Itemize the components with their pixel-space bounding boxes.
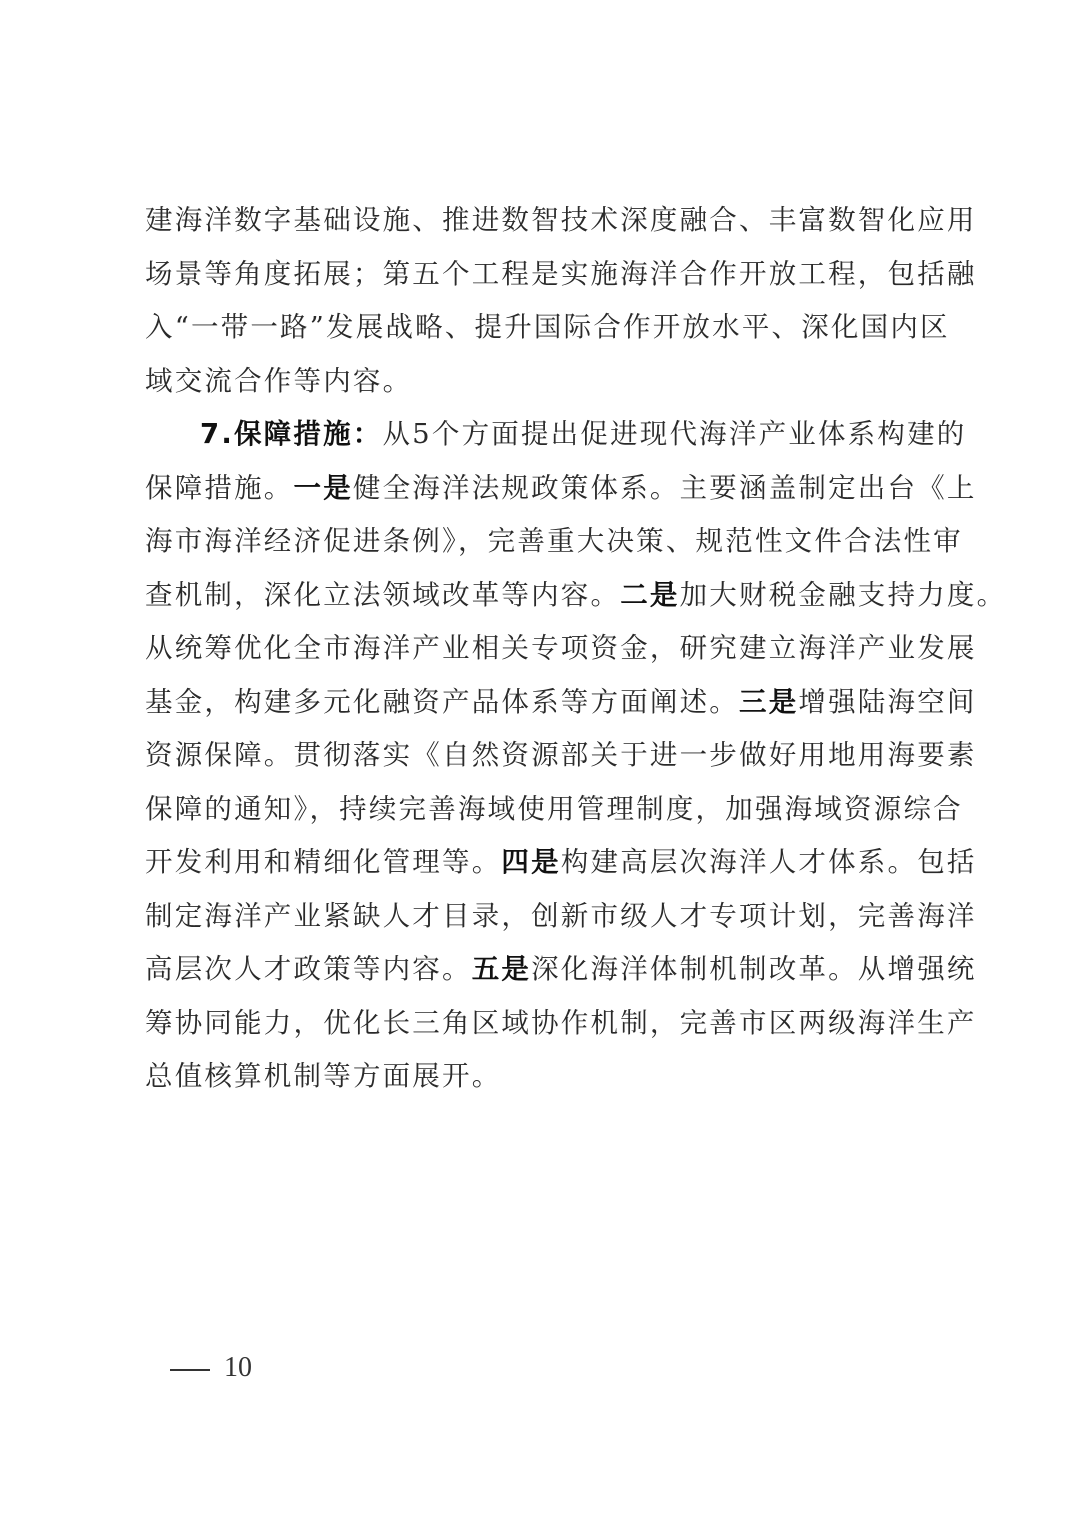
paragraph-line: 入“一带一路”发展战略、提升国际合作开放水平、深化国内区 — [145, 301, 945, 355]
paragraph-line: 域交流合作等内容。 — [145, 355, 945, 409]
paragraph-line: 保障的通知》，持续完善海域使用管理制度，加强海域资源综合 — [145, 783, 945, 837]
dash-decoration — [170, 1369, 210, 1371]
section-heading: 7.保障措施： — [200, 418, 382, 450]
paragraph-line: 查机制，深化立法领域改革等内容。二是加大财税金融支持力度。 — [145, 569, 945, 623]
text: 基金，构建多元化融资产品体系等方面阐述。 — [145, 686, 739, 718]
point-label: 五是 — [472, 953, 531, 985]
text: 加大财税金融支持力度。 — [680, 579, 1007, 611]
point-label: 三是 — [739, 686, 798, 718]
document-body: 建海洋数字基础设施、推进数智技术深度融合、丰富数智化应用 场景等角度拓展；第五个… — [145, 194, 945, 1104]
text: 高层次人才政策等内容。 — [145, 953, 472, 985]
text: 查机制，深化立法领域改革等内容。 — [145, 579, 620, 611]
paragraph-line: 资源保障。贯彻落实《自然资源部关于进一步做好用地用海要素 — [145, 729, 945, 783]
text: 从5个方面提出促进现代海洋产业体系构建的 — [382, 418, 966, 450]
point-label: 一是 — [294, 472, 353, 504]
paragraph-line: 基金，构建多元化融资产品体系等方面阐述。三是增强陆海空间 — [145, 676, 945, 730]
page-footer: 10 — [170, 1352, 252, 1384]
point-label: 四是 — [501, 846, 560, 878]
paragraph-line: 保障措施。一是健全海洋法规政策体系。主要涵盖制定出台《上 — [145, 462, 945, 516]
point-label: 二是 — [620, 579, 679, 611]
text: 保障措施。 — [145, 472, 294, 504]
text: 构建高层次海洋人才体系。包括 — [561, 846, 977, 878]
section-7-first-line: 7.保障措施：从5个方面提出促进现代海洋产业体系构建的 — [145, 408, 945, 462]
paragraph-line: 筹协同能力，优化长三角区域协作机制，完善市区两级海洋生产 — [145, 997, 945, 1051]
paragraph-line: 建海洋数字基础设施、推进数智技术深度融合、丰富数智化应用 — [145, 194, 945, 248]
paragraph-line: 总值核算机制等方面展开。 — [145, 1050, 945, 1104]
text: 深化海洋体制机制改革。从增强统 — [531, 953, 977, 985]
text: 增强陆海空间 — [798, 686, 976, 718]
paragraph-line: 高层次人才政策等内容。五是深化海洋体制机制改革。从增强统 — [145, 943, 945, 997]
paragraph-line: 开发利用和精细化管理等。四是构建高层次海洋人才体系。包括 — [145, 836, 945, 890]
paragraph-line: 从统筹优化全市海洋产业相关专项资金，研究建立海洋产业发展 — [145, 622, 945, 676]
page-number: 10 — [224, 1352, 252, 1383]
text: 健全海洋法规政策体系。主要涵盖制定出台《上 — [353, 472, 977, 504]
text: 开发利用和精细化管理等。 — [145, 846, 501, 878]
paragraph-line: 制定海洋产业紧缺人才目录，创新市级人才专项计划，完善海洋 — [145, 890, 945, 944]
paragraph-line: 场景等角度拓展；第五个工程是实施海洋合作开放工程，包括融 — [145, 248, 945, 302]
paragraph-line: 海市海洋经济促进条例》，完善重大决策、规范性文件合法性审 — [145, 515, 945, 569]
